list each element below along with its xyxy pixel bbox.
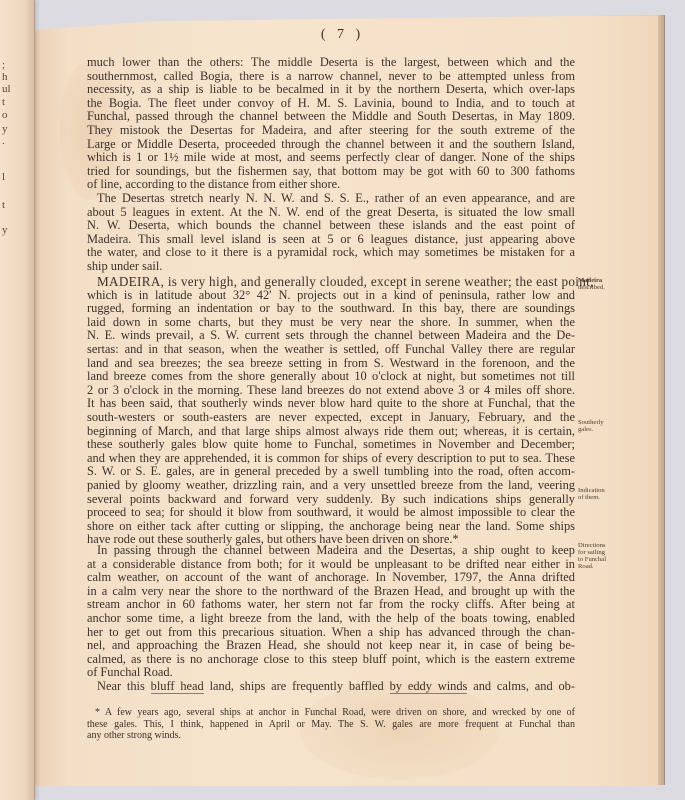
text-line: stream anchor in 60 fathoms water, her s… (87, 598, 575, 612)
footnote-line: any other strong winds. (87, 730, 575, 742)
margin-note-line: gales. (578, 426, 640, 433)
footnote-line: * A few years ago, several ships at anch… (87, 707, 575, 719)
footnote-line: these gales. This, I think, happened in … (87, 719, 575, 731)
text-run: and calms, and ob- (467, 679, 575, 693)
text-line: Madeira. This small level island is seen… (87, 233, 575, 247)
text-line: N. W. Deserta, which bounds the channel … (87, 219, 575, 233)
text-line: and when they are apprehended, it is com… (87, 452, 575, 466)
text-line: land breeze comes from the shore general… (87, 370, 575, 384)
text-line: several points backward and forward very… (87, 493, 575, 507)
edge-char: t (2, 200, 5, 211)
margin-note-line: for sailing (578, 549, 640, 556)
edge-char: ul (2, 84, 11, 95)
text-run: Near this (97, 679, 151, 693)
text-line: these southerly gales blow quite home to… (87, 438, 575, 452)
text-line: laid down in some charts, but they must … (87, 316, 575, 330)
edge-char: . (2, 136, 5, 147)
margin-note-southerly-gales: Southerly gales. (578, 419, 640, 433)
margin-note-line: described. (578, 284, 640, 291)
margin-note-indication: Indication of them. (578, 487, 640, 501)
text-line: land and sea breezes; the sea breeze set… (87, 357, 575, 371)
text-line: which is in latitude about 32° 42′ N. pr… (87, 289, 575, 303)
underlined-phrase: bluff head (151, 679, 204, 694)
margin-note-madeira-described: Madeira described. (578, 277, 640, 291)
text-line: They mistook the Desertas for Madeira, a… (87, 124, 575, 138)
text-line: nel, and approaching the Brazen Head, sh… (87, 639, 575, 653)
text-line: In passing through the channel between M… (87, 544, 575, 558)
text-line: much lower than the others: The middle D… (87, 56, 575, 70)
text-line: ship under sail. (87, 260, 575, 274)
edge-char: ; (2, 60, 5, 71)
paragraph-desertas-channel: much lower than the others: The middle D… (87, 56, 575, 192)
margin-note-line: Indication (578, 487, 640, 494)
text-line: Large or Middle Deserta, proceeded throu… (87, 138, 575, 152)
text-line: at a considerable distance from both; fo… (87, 558, 575, 572)
text-line: Funchal, passed through the channel betw… (87, 110, 575, 124)
text-line: in a calm very near the shore to the nor… (87, 585, 575, 599)
text-line: N. E. winds prevail, a S. W. current set… (87, 329, 575, 343)
text-line: MADEIRA, is very high, and generally clo… (87, 275, 575, 289)
footnote: * A few years ago, several ships at anch… (87, 707, 575, 742)
edge-char: o (2, 110, 8, 121)
paragraph-bluff-head: Near this bluff head land, ships are fre… (87, 680, 575, 694)
paragraph-madeira-description: MADEIRA, is very high, and generally clo… (87, 275, 575, 547)
margin-note-directions: Directions for sailing to Funchal Road. (578, 542, 640, 570)
margin-note-line: to Funchal (578, 556, 640, 563)
text-line: her to get out from this precarious situ… (87, 626, 575, 640)
margin-note-line: of them. (578, 494, 640, 501)
text-line: necessity, as a ship is liable to be bec… (87, 83, 575, 97)
edge-char: t (2, 97, 5, 108)
paragraph-channel-directions: In passing through the channel between M… (87, 544, 575, 680)
edge-char: y (2, 225, 8, 236)
page-number: ( 7 ) (0, 27, 685, 43)
margin-note-line: Madeira (578, 277, 640, 284)
text-line: proceed to sea; for should it blow from … (87, 506, 575, 520)
text-line: rugged, forming an indentation or bay to… (87, 302, 575, 316)
text-line: the water, and close to it there is a py… (87, 246, 575, 260)
text-line: The Desertas stretch nearly N. N. W. and… (87, 192, 575, 206)
page-stack-edge (658, 15, 665, 785)
text-line: which is 1 or 1½ mile wide at most, and … (87, 151, 575, 165)
text-run: land, ships are frequently baffled (204, 679, 390, 693)
edge-char: h (2, 72, 8, 83)
text-line: calm weather, on account of the want of … (87, 571, 575, 585)
text-line: south-westers or south-easters are never… (87, 411, 575, 425)
edge-char: y (2, 124, 8, 135)
text-line: tried for soundings, but the fishermen s… (87, 165, 575, 179)
margin-note-line: Directions (578, 542, 640, 549)
edge-char: l (2, 172, 5, 183)
text-line: 2 or 3 o'clock in the morning. These lan… (87, 384, 575, 398)
margin-note-line: Southerly (578, 419, 640, 426)
margin-note-line: Road. (578, 563, 640, 570)
text-line: the Bogia. The fleet under convoy of H. … (87, 97, 575, 111)
text-line: anchor some time, a light breeze from th… (87, 612, 575, 626)
facing-page-edge: ; h ul t o y . l t y (0, 0, 35, 800)
text-line: It has been said, that southerly winds n… (87, 397, 575, 411)
text-line: S. W. or S. E. gales, are in general pre… (87, 465, 575, 479)
text-line: calmed, as there is no anchorage close t… (87, 653, 575, 667)
text-line: sertas: and in that season, when the wea… (87, 343, 575, 357)
text-line: about 5 leagues in extent. At the N. W. … (87, 206, 575, 220)
text-line: panied by gloomy weather, drizzling rain… (87, 479, 575, 493)
text-line: of line, according to the distance from … (87, 178, 575, 192)
text-line: beginning of March, and that large ships… (87, 425, 575, 439)
text-line: of Funchal Road. (87, 666, 575, 680)
underlined-phrase: by eddy winds (390, 679, 468, 694)
paragraph-desertas-extent: The Desertas stretch nearly N. N. W. and… (87, 192, 575, 274)
text-line: Near this bluff head land, ships are fre… (87, 680, 575, 694)
text-line: shore on either tack after cutting or sl… (87, 520, 575, 534)
text-line: southernmost, called Bogia, there is a n… (87, 70, 575, 84)
